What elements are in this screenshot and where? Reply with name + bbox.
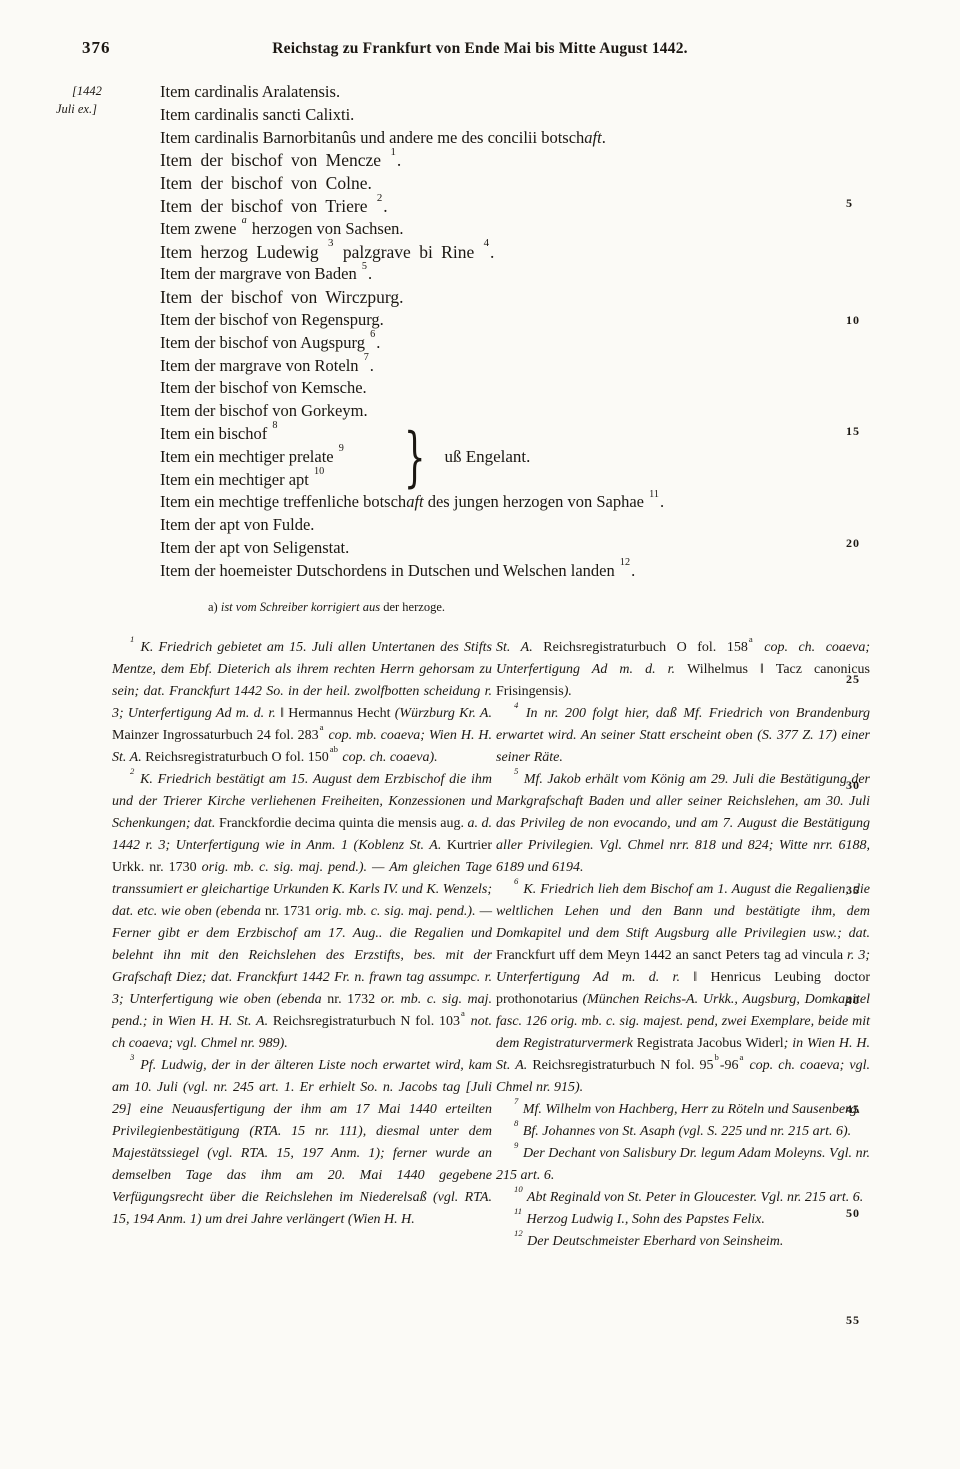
margin-line-number: 50 xyxy=(846,1206,880,1221)
list-item: Item der bischof von Gorkeym. xyxy=(160,400,760,423)
list-item: Item herzog Ludewig 3 palzgrave bi Rine … xyxy=(160,241,760,264)
footnote-4: 4 In nr. 200 folgt hier, daß Mf. Friedri… xyxy=(496,703,870,769)
list-item: Item ein mechtige treffenliche botschaft… xyxy=(160,491,760,514)
footnotes-right-column: St. A. Reichsregistraturbuch O fol. 158a… xyxy=(496,637,870,1253)
list-item: Item cardinalis Aralatensis. xyxy=(160,81,760,104)
margin-note-line-2: Juli ex.] xyxy=(56,101,156,119)
margin-line-number: 30 xyxy=(846,778,880,793)
margin-line-number: 15 xyxy=(846,424,880,439)
footnote-10: 10 Abt Reginald von St. Peter in Glouces… xyxy=(496,1187,870,1209)
list-item: Item der apt von Seligenstat. xyxy=(160,537,760,560)
list-item: Item der margrave von Baden 5. xyxy=(160,263,760,286)
list-item: Item der bischof von Mencze 1. xyxy=(160,149,760,172)
footnote-3-continuation: St. A. Reichsregistraturbuch O fol. 158a… xyxy=(496,637,870,703)
brace-group: Item ein bischof 8 Item ein mechtiger pr… xyxy=(160,423,760,491)
margin-line-number: 10 xyxy=(846,313,880,328)
list-item: Item der margrave von Roteln 7. xyxy=(160,355,760,378)
margin-line-number: 45 xyxy=(846,1102,880,1117)
list-item: Item ein bischof 8 xyxy=(160,423,393,446)
margin-line-number: 35 xyxy=(846,883,880,898)
list-item: Item cardinalis sancti Calixti. xyxy=(160,104,760,127)
list-item: Item der apt von Fulde. xyxy=(160,514,760,537)
list-item: Item der bischof von Wirczpurg. xyxy=(160,286,760,309)
page-number: 376 xyxy=(82,38,111,58)
margin-line-number: 20 xyxy=(846,536,880,551)
list-item: Item der bischof von Augspurg 6. xyxy=(160,332,760,355)
list-item: Item ein mechtiger apt 10 xyxy=(160,469,393,492)
list-item: Item der bischof von Regenspurg. xyxy=(160,309,760,332)
book-page: 376 Reichstag zu Frankfurt von Ende Mai … xyxy=(0,0,960,1469)
running-title: Reichstag zu Frankfurt von Ende Mai bis … xyxy=(180,40,780,58)
footnote-8: 8 Bf. Johannes von St. Asaph (vgl. S. 22… xyxy=(496,1121,870,1143)
footnote-11: 11 Herzog Ludwig I., Sohn des Papstes Fe… xyxy=(496,1209,870,1231)
footnote-2: 2 K. Friedrich bestätigt am 15. August d… xyxy=(112,769,492,1055)
attendance-list: Item cardinalis Aralatensis. Item cardin… xyxy=(160,81,760,583)
margin-date-note: [1442 Juli ex.] xyxy=(56,83,156,118)
curly-brace: } xyxy=(404,423,426,492)
list-item: Item der bischof von Kemsche. xyxy=(160,377,760,400)
footnote-6: 6 K. Friedrich lieh dem Bischof am 1. Au… xyxy=(496,879,870,1099)
list-item: Item cardinalis Barnorbitanûs und andere… xyxy=(160,127,760,150)
footnote-5: 5 Mf. Jakob erhält vom König am 29. Juli… xyxy=(496,769,870,879)
footnote-12: 12 Der Deutschmeister Eberhard von Seins… xyxy=(496,1231,870,1253)
footnote-3: 3 Pf. Ludwig, der in der älteren Liste n… xyxy=(112,1055,492,1231)
list-item: Item der bischof von Colne. xyxy=(160,172,760,195)
footnotes-left-column: 1 K. Friedrich gebietet am 15. Juli alle… xyxy=(112,637,492,1231)
margin-line-number: 55 xyxy=(846,1313,880,1328)
margin-line-number: 40 xyxy=(846,993,880,1008)
margin-line-number: 5 xyxy=(846,196,880,211)
footnote-9: 9 Der Dechant von Salisbury Dr. legum Ad… xyxy=(496,1143,870,1187)
list-item: Item ein mechtiger prelate 9 xyxy=(160,446,393,469)
list-item: Item zwene a herzogen von Sachsen. xyxy=(160,218,760,241)
list-item: Item der hoemeister Dutschordens in Duts… xyxy=(160,560,760,583)
brace-group-label: uß Engelant. xyxy=(444,446,530,469)
footnote-7: 7 Mf. Wilhelm von Hachberg, Herr zu Röte… xyxy=(496,1099,870,1121)
footnote-1: 1 K. Friedrich gebietet am 15. Juli alle… xyxy=(112,637,492,769)
list-item: Item der bischof von Triere 2. xyxy=(160,195,760,218)
apparatus-note: a) ist vom Schreiber korrigiert aus der … xyxy=(208,600,768,615)
margin-note-line-1: [1442 xyxy=(56,83,156,101)
margin-line-number: 25 xyxy=(846,672,880,687)
brace-group-items: Item ein bischof 8 Item ein mechtiger pr… xyxy=(160,423,393,491)
